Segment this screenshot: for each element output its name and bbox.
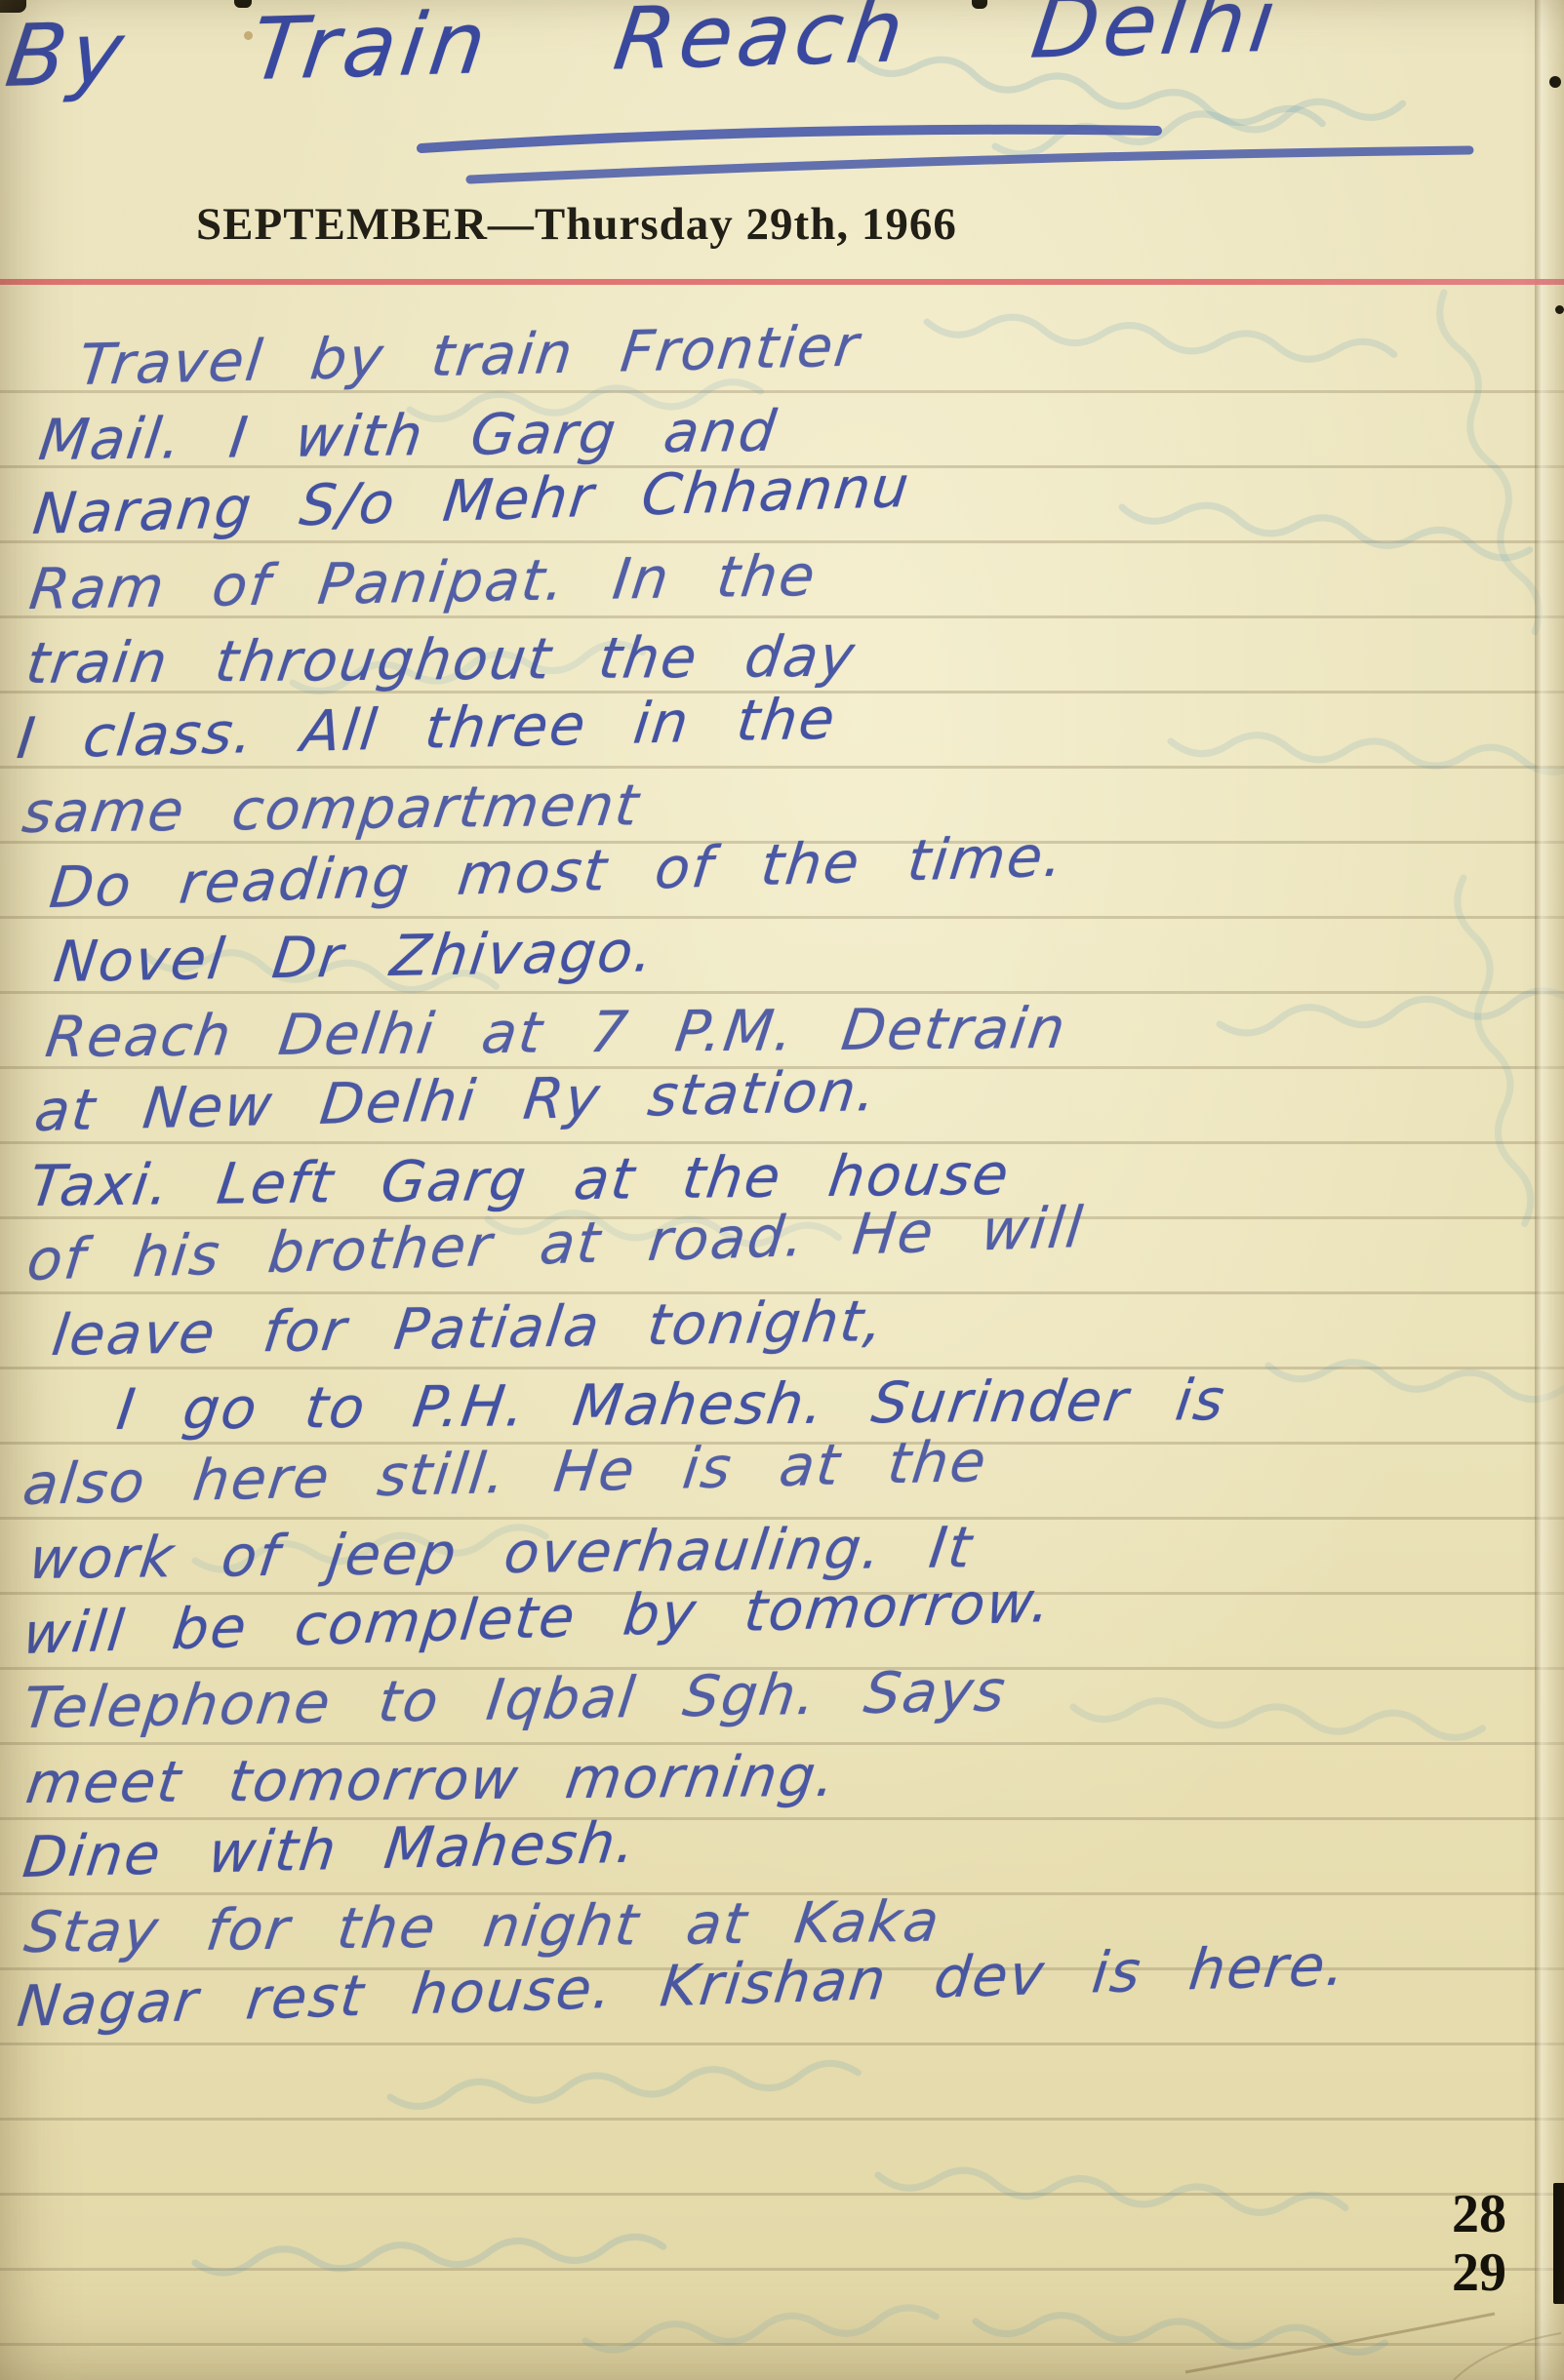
scan-speck xyxy=(1555,305,1564,314)
handwritten-line: same compartment xyxy=(19,772,644,846)
page-edge xyxy=(1535,0,1564,2380)
handwritten-line: I go to P.H. Mahesh. Surinder is xyxy=(113,1367,1229,1443)
diary-page: By Train Reach Delhi SEPTEMBER—Thursday … xyxy=(0,0,1564,2380)
handwritten-line: Novel Dr Zhivago. xyxy=(51,918,659,995)
red-header-rule xyxy=(0,279,1564,285)
handwritten-line: Reach Delhi at 7 P.M. Detrain xyxy=(42,995,1070,1070)
scan-speck xyxy=(234,0,252,8)
handwritten-line: Ram of Panipat. In the xyxy=(26,542,821,622)
handwritten-line: meet tomorrow morning. xyxy=(22,1743,841,1816)
scan-speck xyxy=(1549,76,1561,88)
page-number-top: 28 xyxy=(1452,2185,1506,2243)
handwritten-heading: By Train Reach Delhi xyxy=(1,0,1286,106)
printed-date-header: SEPTEMBER—Thursday 29th, 1966 xyxy=(196,198,957,251)
page-numbers: 28 29 xyxy=(1452,2185,1506,2302)
handwritten-line: train throughout the day xyxy=(22,623,860,696)
scan-speck xyxy=(972,0,987,9)
page-number-bottom: 29 xyxy=(1452,2243,1506,2302)
scan-speck xyxy=(0,0,26,13)
heading-underline xyxy=(0,105,1564,213)
scan-edge-notch xyxy=(1553,2183,1564,2304)
